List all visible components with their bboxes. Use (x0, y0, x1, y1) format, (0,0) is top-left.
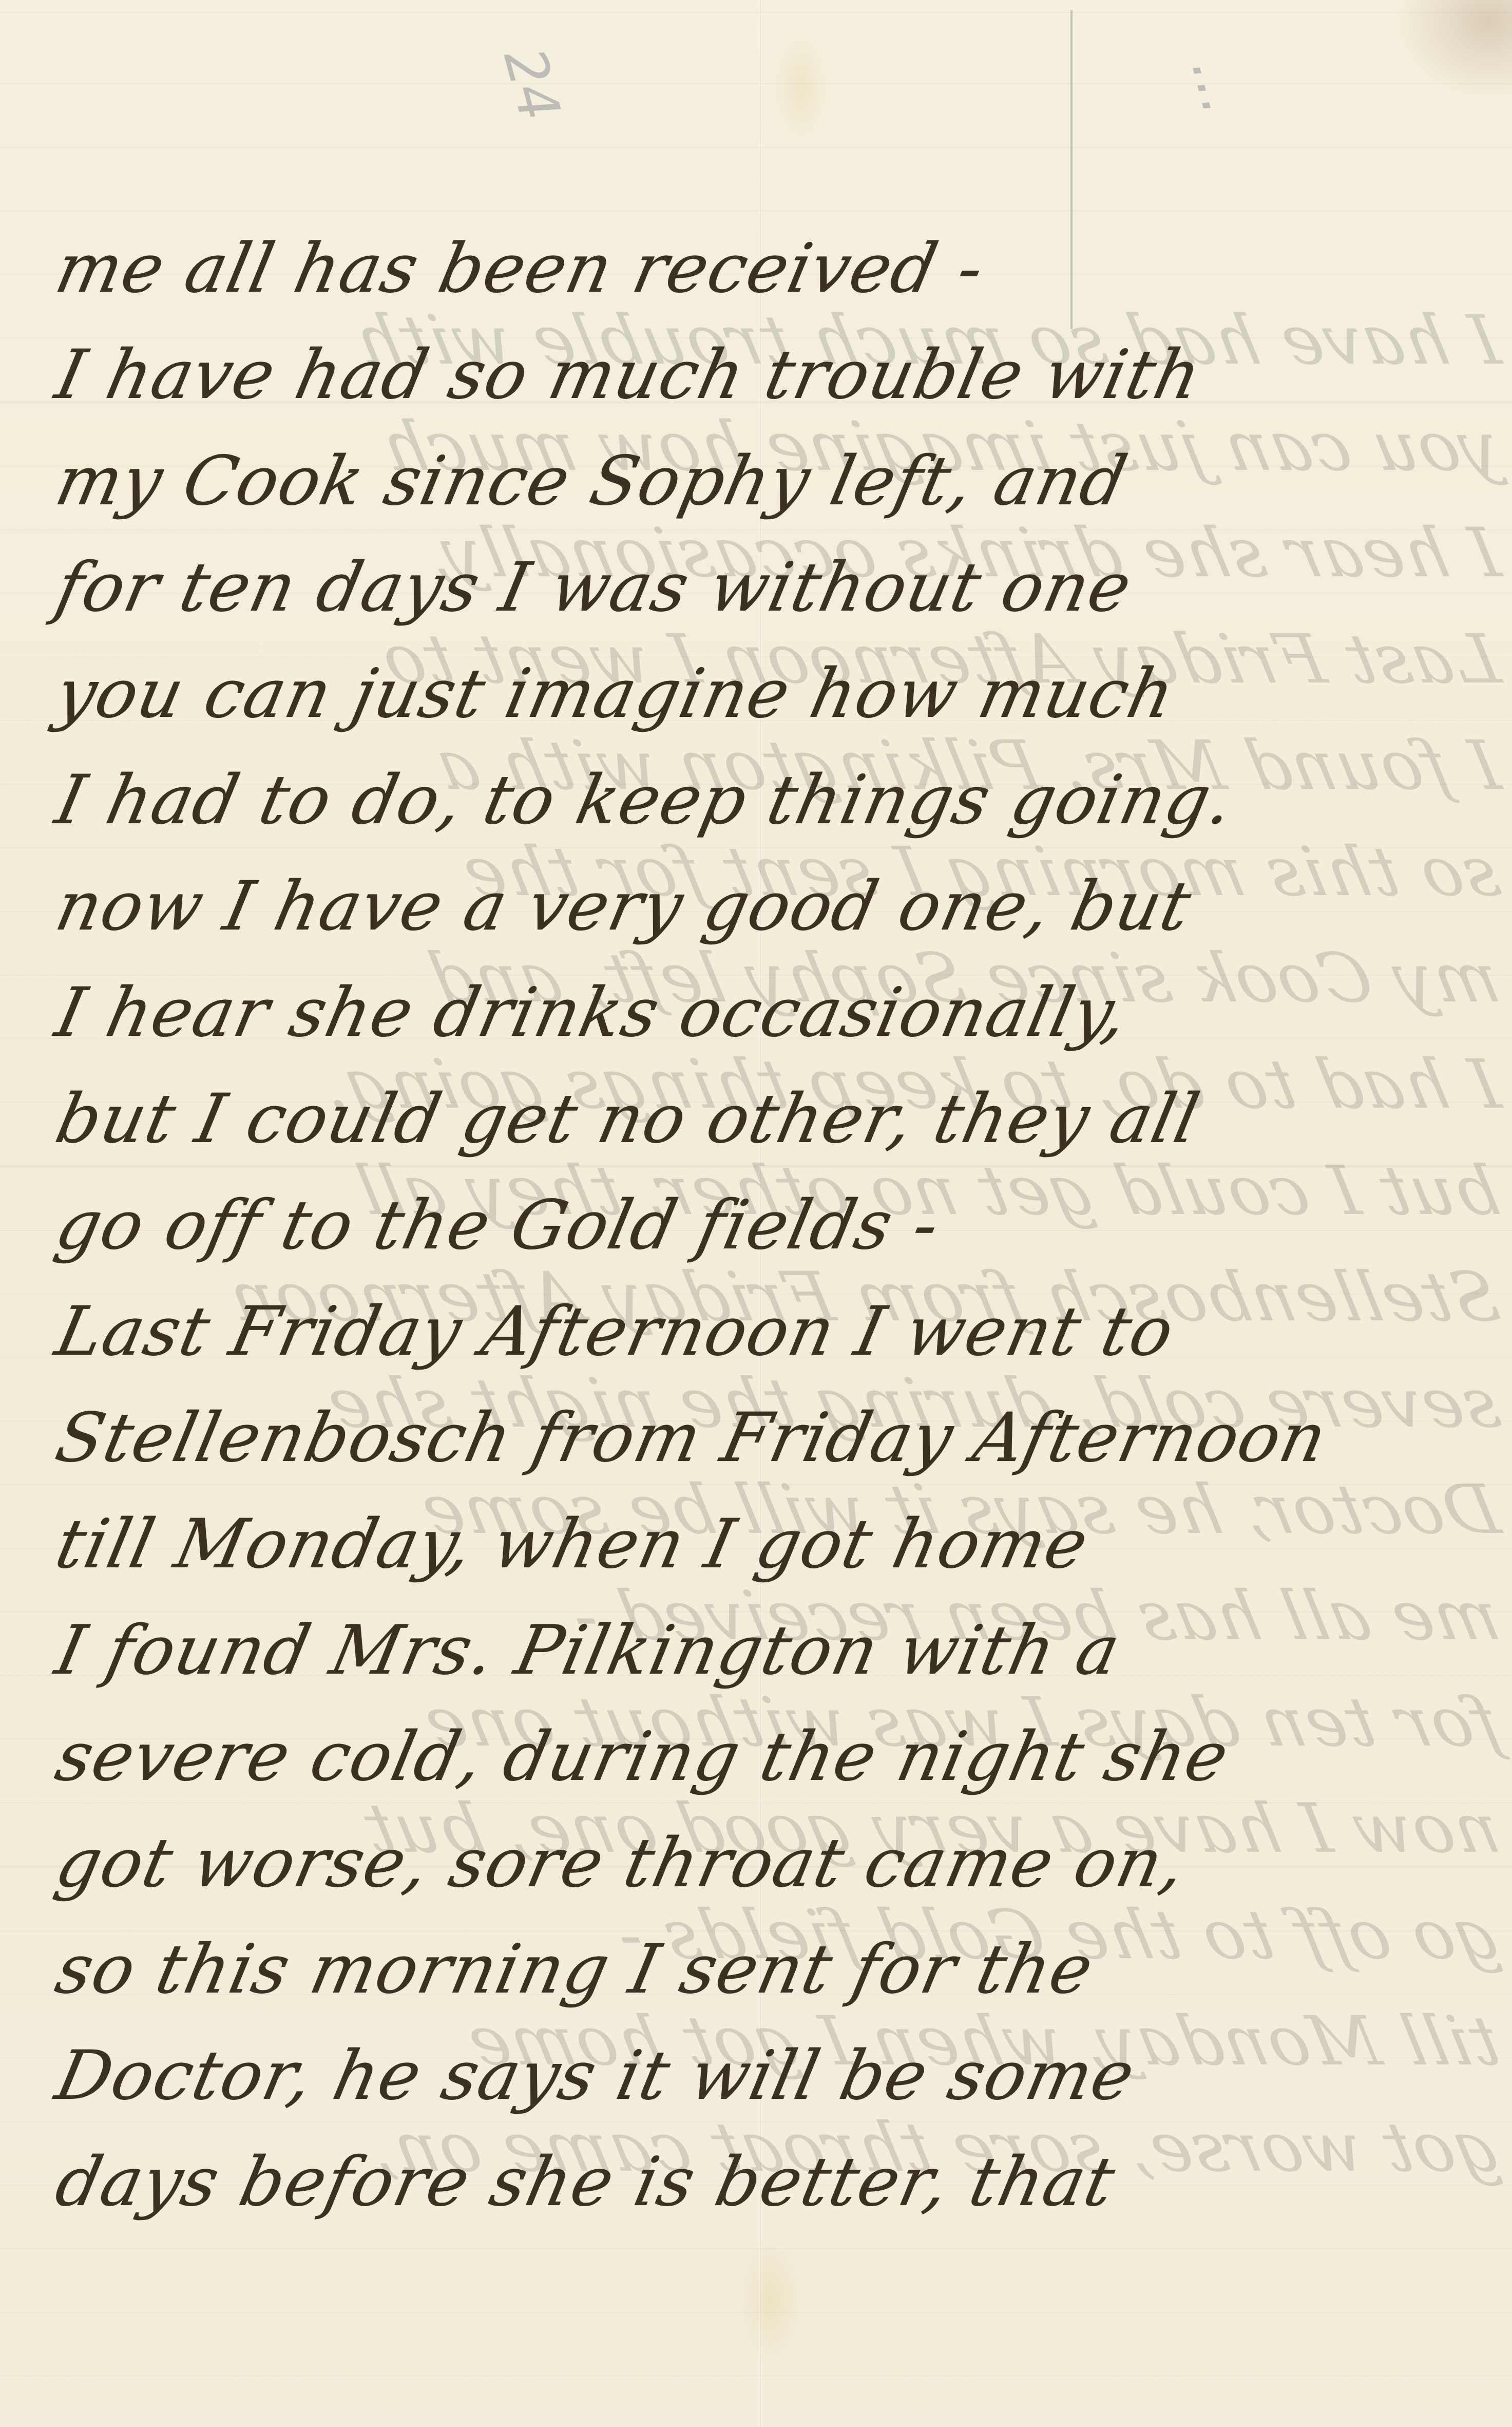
letter-body: me all has been received - I have had so… (46, 216, 1494, 2235)
handwritten-line: Doctor, he says it will be some (46, 2023, 1512, 2129)
handwritten-line: I had to do, to keep things going. (46, 747, 1512, 854)
handwritten-line: severe cold, during the night she (46, 1704, 1512, 1810)
handwritten-line: but I could get no other, they all (46, 1066, 1512, 1172)
handwritten-line: Last Friday Afternoon I went to (46, 1279, 1512, 1385)
handwritten-line: I found Mrs. Pilkington with a (46, 1598, 1512, 1704)
handwritten-line: for ten days I was without one (46, 535, 1512, 641)
pencil-annotation: ... (1179, 51, 1256, 120)
handwritten-line: my Cook since Sophy left, and (46, 428, 1512, 535)
handwritten-line: now I have a very good one, but (46, 854, 1512, 960)
handwritten-line: till Monday, when I got home (46, 1491, 1512, 1598)
letter-page: 24 ... I have had so much trouble with y… (0, 0, 1512, 2427)
handwritten-line: me all has been received - (46, 216, 1512, 322)
handwritten-line: I have had so much trouble with (46, 322, 1512, 428)
handwritten-line: go off to the Gold fields - (46, 1172, 1512, 1279)
pencil-annotation: 24 (491, 41, 573, 127)
handwritten-line: days before she is better, that (46, 2129, 1512, 2235)
handwritten-line: got worse, sore throat came on, (46, 1810, 1512, 1917)
handwritten-line: I hear she drinks occasionally, (46, 960, 1512, 1066)
handwritten-line: so this morning I sent for the (46, 1917, 1512, 2023)
handwritten-line: you can just imagine how much (46, 641, 1512, 747)
handwritten-line: Stellenbosch from Friday Afternoon (46, 1385, 1512, 1491)
